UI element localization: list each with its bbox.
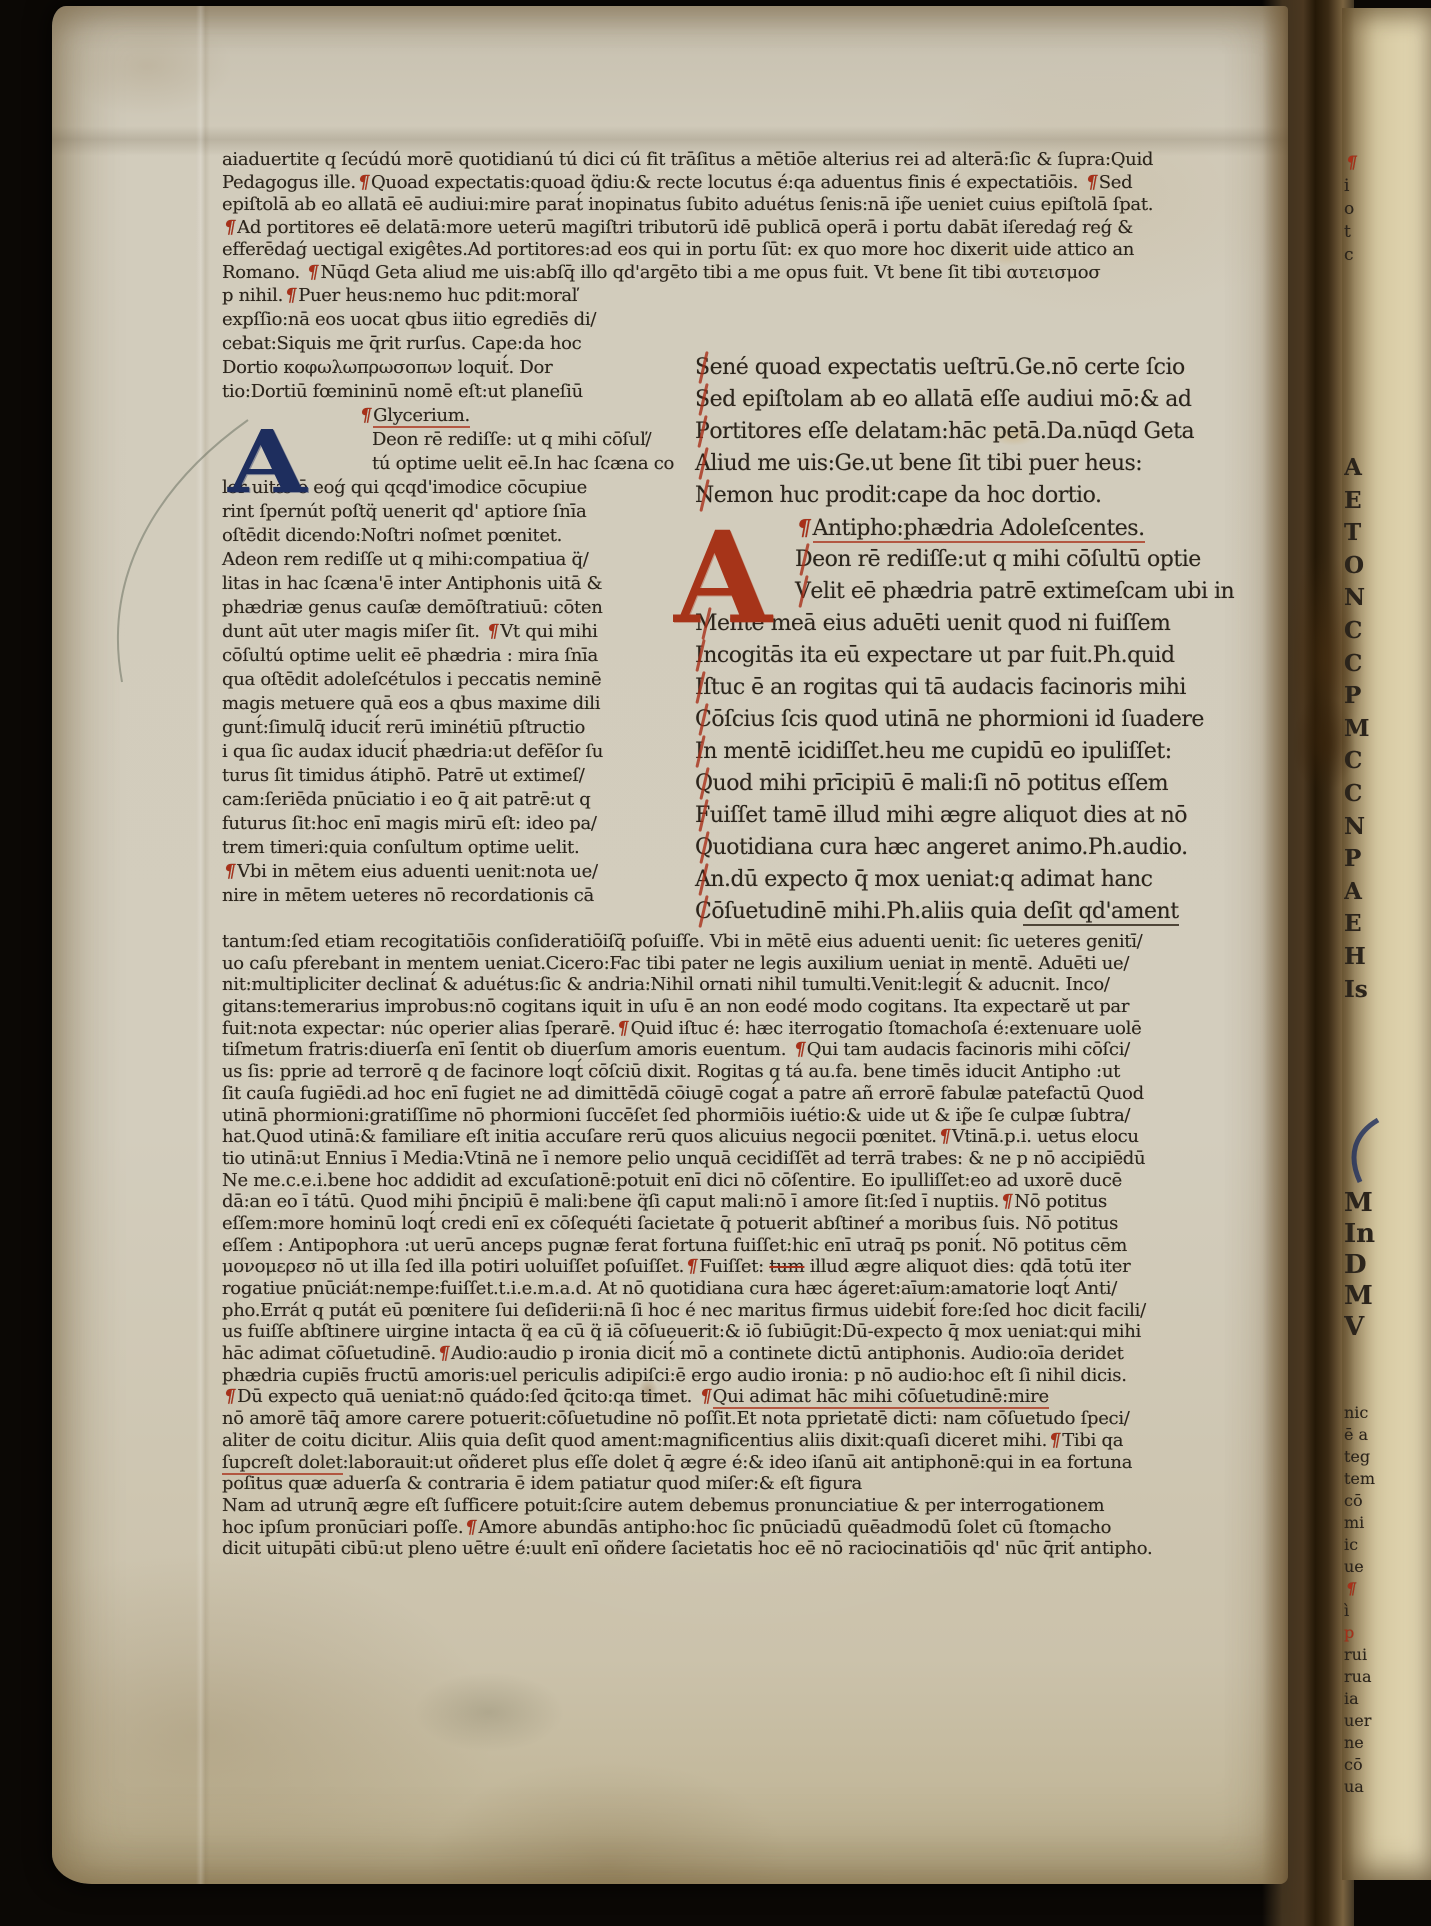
text-run: T — [1344, 519, 1361, 546]
facing-page-bold-fragments: MInDMV — [1344, 1188, 1424, 1343]
text-run: A — [1344, 454, 1362, 481]
text-line: p nihil.¶Puer heus:nemo huc pdit:moraľ — [222, 284, 674, 308]
text-line: N — [1344, 582, 1424, 615]
binding-gutter — [1262, 0, 1354, 1926]
text-run: i qua ſic audax iducit́ phædria:ut defēſ… — [222, 741, 603, 762]
text-run: ncogitās ita eū expectare ut par fuit.Ph… — [703, 643, 1174, 668]
text-run: V — [1344, 1312, 1364, 1342]
text-run: ſit cauſa fugiēdi.ad hoc enī fugiet ne a… — [222, 1083, 1144, 1104]
text-run: efferēdaǵ uectigal exigêtes.Ad portitore… — [222, 239, 1134, 260]
text-run: rogatiue pnūciát:nempe:fuiſſet.t.i.e.m.a… — [222, 1278, 1117, 1299]
text-line: cam:ſeriēda pnūciatio i eo q̄ ait patrē:… — [222, 788, 674, 812]
text-run: C — [1344, 747, 1362, 774]
text-run: illud ægre aliquot dies: qdā totū iter — [804, 1256, 1130, 1277]
text-run: N — [1344, 584, 1365, 611]
facing-initial-flourish — [1344, 1116, 1384, 1186]
text-run: eſſem : Antipophora :ut uerū anceps pugn… — [222, 1235, 1127, 1256]
text-line: i qua ſic audax iducit́ phædria:ut defēſ… — [222, 740, 674, 764]
text-run: epiſtolā ab eo allatā eē audiui:mire par… — [222, 194, 1153, 215]
versal-capital: C — [695, 704, 711, 736]
text-run: Vtinā.p.i. uetus elocu — [952, 1126, 1139, 1147]
text-line: C — [1344, 648, 1424, 681]
text-run: C — [1344, 780, 1362, 807]
text-run: Nō potitus — [1014, 1191, 1107, 1212]
text-line: qua oſtēdit adoleſcétulos i peccatis nem… — [222, 668, 674, 692]
text-run: eſſem:more hominū loqt́ credi enī ex cōſ… — [222, 1213, 1118, 1234]
versal-capital: S — [695, 352, 710, 384]
text-line: mi — [1344, 1512, 1414, 1534]
text-run: ortitores eſſe delatam:hāc petā.Da.nūqd … — [709, 419, 1194, 444]
marked-text: Qui adimat hāc mihi cōſuetudinē:mire — [713, 1386, 1049, 1409]
text-run: ené quoad expectatis ueſtrū.Ge.nō certe … — [710, 355, 1185, 380]
illuminated-initial-red-a: A — [674, 520, 772, 636]
text-line: ue — [1344, 1556, 1414, 1578]
text-line: C — [1344, 745, 1424, 778]
text-run: utinā phormioni:gratiſſime nō phormioni … — [222, 1105, 1130, 1126]
text-line: A — [1344, 452, 1424, 485]
text-run: ua — [1344, 1777, 1364, 1796]
text-run: ì — [1344, 1601, 1349, 1620]
text-line: M — [1344, 713, 1424, 746]
pilcrow-mark: ¶ — [1082, 172, 1101, 195]
text-line: cebat:Siquis me q̄rit rurſus. Cape:da ho… — [222, 332, 674, 356]
versal-capital: A — [695, 448, 710, 480]
versal-capital: I — [695, 736, 703, 768]
text-line: Incogitās ita eū expectare ut par fuit.P… — [695, 640, 1234, 672]
text-run: nire in mētem ueteres nō recordationis c… — [222, 885, 594, 906]
text-run: ia — [1344, 1689, 1359, 1708]
text-run: litas in hac ſcæna'ē inter Antiphonis ui… — [222, 573, 602, 594]
text-line: epiſtolā ab eo allatā eē audiui:mire par… — [222, 194, 1153, 217]
text-run: dicit uitupāti cibū:ut pleno uētre é:uul… — [222, 1538, 1152, 1559]
text-run: C — [1344, 617, 1362, 644]
text-line: P — [1344, 843, 1424, 876]
text-line: trem timeri:quia conſultum optime uelit. — [222, 836, 674, 860]
facing-page-capital-fragments: AETONCCPMCCNPAEHIs — [1344, 452, 1424, 1006]
text-line: Romano. ¶Nūqd Geta aliud me uis:abſq̄ il… — [222, 262, 1153, 285]
text-line: cō — [1344, 1490, 1414, 1512]
text-line: p — [1344, 1622, 1414, 1644]
text-line: rua — [1344, 1666, 1414, 1688]
text-line: futurus ſit:hoc enī magis mirū eſt: ideo… — [222, 812, 674, 836]
text-line: Nam ad utrunq̄ ægre eſt ſufficere potuit… — [222, 1495, 1152, 1517]
text-line: c — [1344, 244, 1414, 267]
commentary-left-column: p nihil.¶Puer heus:nemo huc pdit:moraľex… — [222, 284, 674, 908]
illuminated-initial-blue-a: A — [228, 424, 307, 502]
text-line: us ſis: pprie ad terrorē q de facinore l… — [222, 1061, 1152, 1083]
text-line: V — [1344, 1312, 1424, 1343]
text-run: o — [1344, 199, 1354, 219]
text-line: Deon rē rediſſe:ut q mihi cōſultū optie — [695, 544, 1234, 576]
pilcrow-mark: ¶ — [792, 512, 815, 544]
versal-capital: D — [795, 544, 812, 576]
text-run: pho.Errát q putát eū pœnitere ſui deſide… — [222, 1300, 1146, 1321]
pilcrow-mark: ¶ — [1344, 152, 1361, 175]
text-run: expſſio:nā eos uocat qbus iitio egrediēs… — [222, 309, 596, 330]
text-run: us ſis: pprie ad terrorē q de facinore l… — [222, 1061, 1120, 1082]
text-line: Pedagogus ille.¶Quoad expectatis:quoad q… — [222, 172, 1153, 195]
text-run: Vt qui mihi — [500, 621, 597, 642]
text-line: ¶ — [1344, 152, 1414, 175]
main-text-column: Sené quoad expectatis ueſtrū.Ge.nō certe… — [695, 352, 1234, 928]
text-run: Amore abundās antipho:hoc ſic pnūciadū q… — [478, 1517, 1111, 1538]
text-line: ¶Antipho:phædria Adoleſcentes. — [695, 512, 1234, 544]
text-line: efferēdaǵ uectigal exigêtes.Ad portitore… — [222, 239, 1153, 262]
text-line: nit:multipliciter declinat́ & aduétus:ſi… — [222, 974, 1152, 996]
text-line: turus ſit timidus átiphō. Patrē ut extim… — [222, 764, 674, 788]
text-line: litas in hac ſcæna'ē inter Antiphonis ui… — [222, 572, 674, 596]
marked-text: ſupcreſt dolet — [222, 1452, 343, 1475]
text-run: elit eē phædria patrē extimeſcam ubi in — [810, 579, 1234, 604]
marked-text: Antipho:phædria Adoleſcentes. — [813, 516, 1145, 543]
text-line: cōſultú optime uelit eē phædria : mira ſ… — [222, 644, 674, 668]
text-line: gitans:temerarius improbus:nō cogitans i… — [222, 996, 1152, 1018]
text-run: cam:ſeriēda pnūciatio i eo q̄ ait patrē:… — [222, 789, 590, 810]
text-line: T — [1344, 517, 1424, 550]
text-run: P — [1344, 682, 1361, 709]
text-line: Iſtuc ē an rogitas qui tā audacis facino… — [695, 672, 1234, 704]
text-line: dunt aūt uter magis miſer ſit. ¶Vt qui m… — [222, 620, 674, 644]
text-line: ē a — [1344, 1424, 1414, 1446]
text-line: utinā phormioni:gratiſſime nō phormioni … — [222, 1105, 1152, 1127]
text-run: A — [1344, 878, 1362, 905]
text-line: tem — [1344, 1468, 1414, 1490]
versal-capital: P — [695, 416, 709, 448]
text-run: gitans:temerarius improbus:nō cogitans i… — [222, 996, 1129, 1017]
text-run: uo caſu pferebant in mentem ueniat.Cicer… — [222, 953, 1129, 974]
text-run: μονομερεσ nō ut illa ſed illa potiri uol… — [222, 1256, 684, 1277]
text-line: Adeon rem rediſſe ut q mihi:compatiua q̈… — [222, 548, 674, 572]
text-run: Nūqd Geta aliud me uis:abſq̄ illo qd'arg… — [321, 262, 1101, 283]
text-line: nic — [1344, 1402, 1414, 1424]
text-line: Nemon huc prodit:cape da hoc dortio. — [695, 480, 1234, 512]
text-run: :laborauit:ut oñderet plus eſſe dolet q̄… — [343, 1452, 1133, 1473]
text-line: tantum:ſed etiam recogitatiōis conſidera… — [222, 931, 1152, 953]
versal-capital: S — [695, 384, 710, 416]
text-run: ic — [1344, 1535, 1358, 1554]
text-run: ed epiſtolam ab eo allatā eſſe audiui mō… — [710, 387, 1192, 412]
text-line: Portitores eſſe delatam:hāc petā.Da.nūqd… — [695, 416, 1234, 448]
text-run: n.dū expecto q̄ mox ueniat:q adimat hanc — [710, 867, 1152, 892]
text-line: ic — [1344, 1534, 1414, 1556]
text-run: Deon rē rediſſe: ut q mihi cōſuľ/ — [372, 429, 651, 450]
text-line: D — [1344, 1250, 1424, 1281]
text-run: ſtuc ē an rogitas qui tā audacis facinor… — [703, 675, 1186, 700]
versal-capital: A — [695, 864, 710, 896]
text-line: tio utinā:ut Ennius ī Media:Vtinā ne ī n… — [222, 1148, 1152, 1170]
text-line: aiaduertite q ſecúdú morē quotidianú tú … — [222, 149, 1153, 172]
text-run: C — [1344, 650, 1362, 677]
text-run: nic — [1344, 1403, 1368, 1422]
text-line: poſitus quæ aduerſa & contraria ē idem p… — [222, 1473, 1152, 1495]
text-run: t — [1344, 222, 1351, 242]
text-run: ue — [1344, 1557, 1364, 1576]
text-line: hoc ipſum pronūciari poſſe.¶Amore abundā… — [222, 1517, 1152, 1539]
text-run: dunt aūt uter magis miſer ſit. — [222, 621, 485, 642]
text-line: hāc adimat cōſuetudinē.¶Audio:audio p ir… — [222, 1343, 1152, 1365]
versal-capital: C — [695, 896, 711, 928]
text-run: rui — [1344, 1645, 1367, 1664]
text-run: cebat:Siquis me q̄rit rurſus. Cape:da ho… — [222, 333, 581, 354]
text-run: Dū expecto quā ueniat:nō quádo:ſed q̄cit… — [237, 1386, 697, 1407]
text-run: Dortio κοφωλωπρωσοπων loquit́. Dor — [222, 357, 552, 378]
text-line: Cōſuetudinē mihi.Ph.aliis quia deſit qd'… — [695, 896, 1234, 928]
text-line: oſtēdit dicendo:Noſtri noſmet pœnitet. — [222, 524, 674, 548]
text-line: tiſmetum fratris:diuerſa enī ſentit ob d… — [222, 1039, 1152, 1061]
text-run: uod mihi prīcipiū ē mali:ſi nō potitus e… — [713, 771, 1169, 796]
text-line: Fuiſſet tamē illud mihi ægre aliquot die… — [695, 800, 1234, 832]
text-line: Cōſcius ſcis quod utinā ne phormioni id … — [695, 704, 1234, 736]
text-run: O — [1344, 552, 1364, 579]
text-run: tantum:ſed etiam recogitatiōis conſidera… — [222, 931, 1142, 952]
text-run: fuit:nota expectar: núc operier alias ſp… — [222, 1018, 615, 1039]
text-run: uiſſet tamē illud mihi ægre aliquot dies… — [710, 803, 1187, 828]
text-line: M — [1344, 1281, 1424, 1312]
text-run: nō amorē tāq̄ amore carere potuerit:cōſu… — [222, 1408, 1130, 1429]
text-line: ì — [1344, 1600, 1414, 1622]
text-run: p nihil. — [222, 285, 283, 306]
text-run: Audio:audio p ironia dicit́ mō a contine… — [451, 1343, 1124, 1364]
text-line: A — [1344, 876, 1424, 909]
text-line: E — [1344, 908, 1424, 941]
text-line: Sed epiſtolam ab eo allatā eſſe audiui m… — [695, 384, 1234, 416]
text-line: pho.Errát q putát eū pœnitere ſui deſide… — [222, 1300, 1152, 1322]
text-line: C — [1344, 615, 1424, 648]
facing-page-top-fragments: ¶iotc — [1344, 152, 1414, 267]
text-run: phædria cupiēs fructū amoris:uel pericul… — [222, 1365, 1127, 1386]
text-run: M — [1344, 715, 1369, 742]
pilcrow-mark: ¶ — [696, 1386, 715, 1408]
text-run: Adeon rem rediſſe ut q mihi:compatiua q̈… — [222, 549, 589, 570]
text-run: liud me uis:Ge.ut bene ſit tibi puer heu… — [710, 451, 1142, 476]
text-run: futurus ſit:hoc enī magis mirū eſt: ideo… — [222, 813, 597, 834]
versal-capital: V — [795, 576, 810, 608]
text-run: In — [1344, 1219, 1375, 1249]
versal-capital: Q — [695, 832, 713, 864]
text-run: ne — [1344, 1733, 1364, 1752]
text-line: rogatiue pnūciát:nempe:fuiſſet.t.i.e.m.a… — [222, 1278, 1152, 1300]
text-line: cō — [1344, 1754, 1414, 1776]
text-run: Puer heus:nemo huc pdit:moraľ — [298, 285, 577, 306]
text-run: poſitus quæ aduerſa & contraria ē idem p… — [222, 1473, 862, 1494]
text-run: M — [1344, 1281, 1373, 1311]
text-run: P — [1344, 845, 1361, 872]
text-run: teg — [1344, 1447, 1370, 1466]
text-run: magis metuere quā eos a qbus maxime dili — [222, 693, 600, 714]
text-line: phædriæ genus cauſæ demōſtratiuū: cōten — [222, 596, 674, 620]
text-run: aliter de coitu dicitur. Aliis quia deſi… — [222, 1430, 1047, 1451]
marked-text: Glycerium. — [373, 405, 470, 428]
text-line: An.dū expecto q̄ mox ueniat:q adimat han… — [695, 864, 1234, 896]
text-line: gunt́:ſimulq̄ iducit́ rerū iminétiū pſtr… — [222, 716, 674, 740]
text-line: t — [1344, 221, 1414, 244]
pilcrow-mark: ¶ — [1344, 1578, 1360, 1600]
text-line: nō amorē tāq̄ amore carere potuerit:cōſu… — [222, 1408, 1152, 1430]
versal-capital: F — [695, 800, 710, 832]
text-run: Ad portitores eē delatā:more ueterū magi… — [237, 217, 1133, 238]
text-run: M — [1344, 1188, 1373, 1218]
text-line: Quotidiana cura hæc angeret animo.Ph.aud… — [695, 832, 1234, 864]
text-run: cō — [1344, 1755, 1363, 1774]
text-run: Tibi qa — [1062, 1430, 1123, 1451]
text-run: phædriæ genus cauſæ demōſtratiuū: cōten — [222, 597, 603, 618]
text-line: teg — [1344, 1446, 1414, 1468]
text-run: ōſcius ſcis quod utinā ne phormioni id ſ… — [711, 707, 1204, 732]
text-run: gunt́:ſimulq̄ iducit́ rerū iminétiū pſtr… — [222, 717, 585, 738]
text-line: dā:an eo ī tátū. Quod mihi p̄ncipiū ē ma… — [222, 1191, 1152, 1213]
text-line: ¶Dū expecto quā ueniat:nō quádo:ſed q̄ci… — [222, 1386, 1152, 1408]
text-line: In — [1344, 1219, 1424, 1250]
text-run: hoc ipſum pronūciari poſſe. — [222, 1517, 463, 1538]
text-line: ne — [1344, 1732, 1414, 1754]
text-line: dicit uitupāti cibū:ut pleno uētre é:uul… — [222, 1538, 1152, 1560]
text-run: oſtēdit dicendo:Noſtri noſmet pœnitet. — [222, 525, 562, 546]
text-line: Is — [1344, 974, 1424, 1007]
text-run: E — [1344, 910, 1362, 937]
text-run: trem timeri:quia conſultum optime uelit. — [222, 837, 579, 858]
versal-capital: Q — [695, 768, 713, 800]
facing-page-lower-fragments: nicē ategtemcōmiicue¶ìpruiruaiauernecōua — [1344, 1402, 1414, 1798]
text-run: uer — [1344, 1711, 1371, 1730]
text-line: magis metuere quā eos a qbus maxime dili — [222, 692, 674, 716]
text-line: ia — [1344, 1688, 1414, 1710]
text-run: tio utinā:ut Ennius ī Media:Vtinā ne ī n… — [222, 1148, 1145, 1169]
text-run: Is — [1344, 976, 1368, 1003]
text-line: uo caſu pferebant in mentem ueniat.Cicer… — [222, 953, 1152, 975]
text-line: aliter de coitu dicitur. Aliis quia deſi… — [222, 1430, 1152, 1452]
text-run: eon rē rediſſe:ut q mihi cōſultū optie — [812, 547, 1201, 572]
text-run: us fuiſſe abſtinere uirgine intacta q̈ e… — [222, 1321, 1141, 1342]
text-run: Ne me.c.e.i.bene hoc addidit ad excuſati… — [222, 1170, 1122, 1191]
text-run: tio:Dortiū fœmininū nomē eſt:ut planeſiū — [222, 381, 583, 402]
text-line: O — [1344, 550, 1424, 583]
marked-text: tum — [769, 1256, 804, 1277]
text-run: qua oſtēdit adoleſcétulos i peccatis nem… — [222, 669, 601, 690]
text-run: dā:an eo ī tátū. Quod mihi p̄ncipiū ē ma… — [222, 1191, 999, 1212]
commentary-bottom-block: tantum:ſed etiam recogitatiōis conſidera… — [222, 931, 1152, 1560]
marked-text: p — [1344, 1623, 1354, 1642]
photo-backdrop: aiaduertite q ſecúdú morē quotidianú tú … — [0, 0, 1431, 1926]
text-line: ¶Vbi in mētem eius aduenti uenit:nota ue… — [222, 860, 674, 884]
text-run: n mentē icidiſſet.heu me cupidū eo ipuli… — [703, 739, 1171, 764]
text-run: Vbi in mētem eius aduenti uenit:nota ue/ — [237, 861, 598, 882]
text-line: nire in mētem ueteres nō recordationis c… — [222, 884, 674, 908]
text-line: ſupcreſt dolet:laborauit:ut oñderet plus… — [222, 1452, 1152, 1474]
text-run: tú optime uelit eē.In hac ſcæna co — [372, 453, 674, 474]
text-run: turus ſit timidus átiphō. Patrē ut extim… — [222, 765, 585, 786]
text-run: Nam ad utrunq̄ ægre eſt ſufficere potuit… — [222, 1495, 1104, 1516]
text-run: D — [1344, 1250, 1367, 1280]
text-line: eſſem : Antipophora :ut uerū anceps pugn… — [222, 1235, 1152, 1257]
text-line: o — [1344, 198, 1414, 221]
text-line: hat.Quod utinā:& familiare eſt initia ac… — [222, 1126, 1152, 1148]
text-line: expſſio:nā eos uocat qbus iitio egrediēs… — [222, 308, 674, 332]
text-line: E — [1344, 485, 1424, 518]
text-run: Qui tam audacis facinoris mihi cōſci/ — [807, 1039, 1130, 1060]
text-run: uotidiana cura hæc angeret animo.Ph.audi… — [713, 835, 1188, 860]
text-line: M — [1344, 1188, 1424, 1219]
text-line: Dortio κοφωλωπρωσοπων loquit́. Dor — [222, 356, 674, 380]
text-run: entē meā eius aduēti uenit quod ni fuiſſ… — [717, 611, 1170, 636]
text-line: μονομερεσ nō ut illa ſed illa potiri uol… — [222, 1256, 1152, 1278]
text-run: Pedagogus ille. — [222, 172, 356, 193]
text-line: Aliud me uis:Ge.ut bene ſit tibi puer he… — [695, 448, 1234, 480]
text-line: uer — [1344, 1710, 1414, 1732]
text-run: tiſmetum fratris:diuerſa enī ſentit ob d… — [222, 1039, 792, 1060]
text-run: cō — [1344, 1491, 1363, 1510]
text-run: Fuiſſet: — [699, 1256, 769, 1277]
text-run: nit:multipliciter declinat́ & aduétus:ſi… — [222, 974, 1110, 995]
text-line: ¶ — [1344, 1578, 1414, 1600]
text-run: mi — [1344, 1513, 1364, 1532]
text-run: hat.Quod utinā:& familiare eſt initia ac… — [222, 1126, 937, 1147]
text-run: i — [1344, 176, 1349, 196]
text-line: tio:Dortiū fœmininū nomē eſt:ut planeſiū — [222, 380, 674, 404]
text-line: Mentē meā eius aduēti uenit quod ni fuiſ… — [695, 608, 1234, 640]
text-run: N — [1344, 813, 1365, 840]
marked-text: deſit qd'ament — [1023, 899, 1178, 926]
text-line: N — [1344, 811, 1424, 844]
text-line: fuit:nota expectar: núc operier alias ſp… — [222, 1018, 1152, 1040]
text-run: Romano. — [222, 262, 305, 283]
text-line: eſſem:more hominū loqt́ credi enī ex cōſ… — [222, 1213, 1152, 1235]
text-line: Sené quoad expectatis ueſtrū.Ge.nō certe… — [695, 352, 1234, 384]
text-line: ua — [1344, 1776, 1414, 1798]
text-run: E — [1344, 487, 1362, 514]
text-run: ē a — [1344, 1425, 1368, 1444]
text-line: us fuiſſe abſtinere uirgine intacta q̈ e… — [222, 1321, 1152, 1343]
text-line: Ne me.c.e.i.bene hoc addidit ad excuſati… — [222, 1170, 1152, 1192]
text-line: Quod mihi prīcipiū ē mali:ſi nō potitus … — [695, 768, 1234, 800]
text-line: P — [1344, 680, 1424, 713]
text-line: C — [1344, 778, 1424, 811]
text-line: rui — [1344, 1644, 1414, 1666]
margin-crease — [196, 6, 210, 1884]
text-line: In mentē icidiſſet.heu me cupidū eo ipul… — [695, 736, 1234, 768]
text-run: tem — [1344, 1469, 1375, 1488]
text-run: H — [1344, 943, 1366, 970]
text-run: Quoad expectatis:quoad q̈diu:& recte loc… — [371, 172, 1084, 193]
text-run: cōſultú optime uelit eē phædria : mira ſ… — [222, 645, 598, 666]
text-run: Sed — [1099, 172, 1133, 193]
text-run: ōſuetudinē mihi.Ph.aliis quia — [711, 899, 1023, 924]
text-line: H — [1344, 941, 1424, 974]
text-line: phædria cupiēs fructū amoris:uel pericul… — [222, 1365, 1152, 1387]
text-run: rua — [1344, 1667, 1372, 1686]
commentary-top-block: aiaduertite q ſecúdú morē quotidianú tú … — [222, 149, 1153, 285]
text-run: hāc adimat cōſuetudinē. — [222, 1343, 436, 1364]
text-run: c — [1344, 245, 1354, 265]
text-line: Velit eē phædria patrē extimeſcam ubi in — [695, 576, 1234, 608]
text-run: Quid iſtuc é: hæc iterrogatio ſtomachoſa… — [631, 1018, 1142, 1039]
text-line: ſit cauſa fugiēdi.ad hoc enī fugiet ne a… — [222, 1083, 1152, 1105]
text-line: i — [1344, 175, 1414, 198]
text-line: ¶Ad portitores eē delatā:more ueterū mag… — [222, 217, 1153, 240]
text-run: aiaduertite q ſecúdú morē quotidianú tú … — [222, 149, 1153, 170]
versal-capital: I — [695, 672, 703, 704]
